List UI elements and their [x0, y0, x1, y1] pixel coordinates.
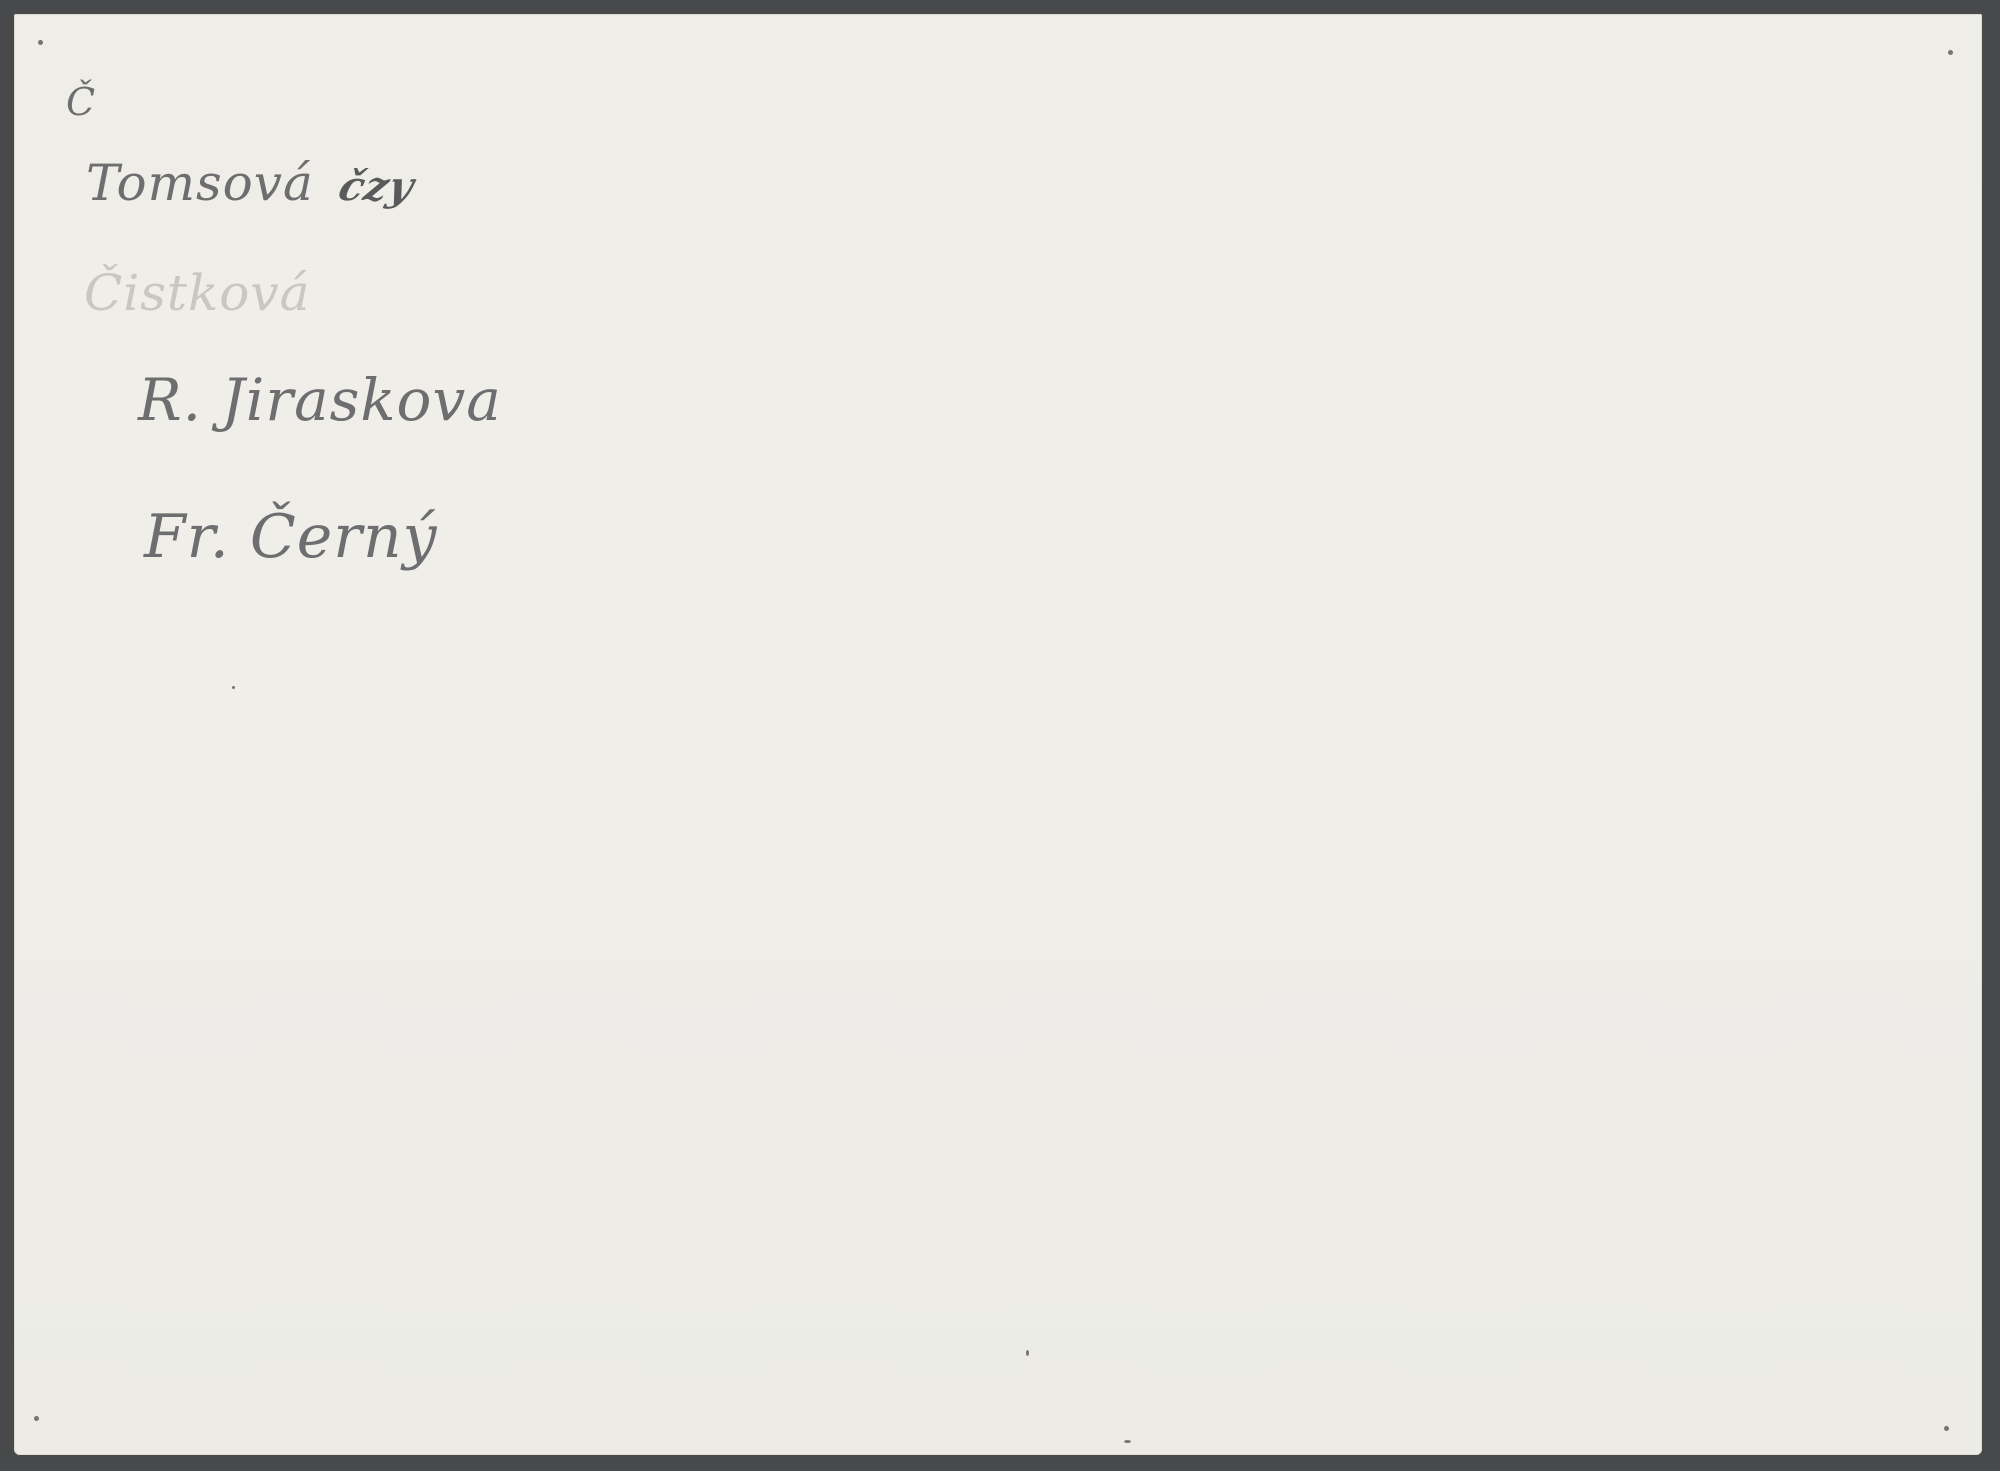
- photo-back-paper: Č Tomsováčzy Čistková R. Jiraskova Fr. Č…: [14, 14, 1982, 1455]
- speck-mark: [1948, 50, 1953, 55]
- speck-mark: [1124, 1440, 1131, 1443]
- handwritten-mark: Č: [66, 80, 96, 124]
- scribbled-out-text: čzy: [334, 163, 420, 210]
- handwritten-line-3: R. Jiraskova: [138, 366, 502, 434]
- handwritten-line-4: Fr. Černý: [144, 502, 438, 572]
- speck-mark: [38, 40, 43, 45]
- speck-mark: [1944, 1426, 1949, 1431]
- speck-mark: [1026, 1350, 1029, 1356]
- speck-mark: [232, 686, 235, 689]
- handwritten-name-tomsova: Tomsová: [86, 154, 314, 212]
- handwritten-line-2-faint: Čistková: [84, 264, 310, 322]
- speck-mark: [34, 1416, 39, 1421]
- handwritten-line-1: Tomsováčzy: [86, 154, 413, 212]
